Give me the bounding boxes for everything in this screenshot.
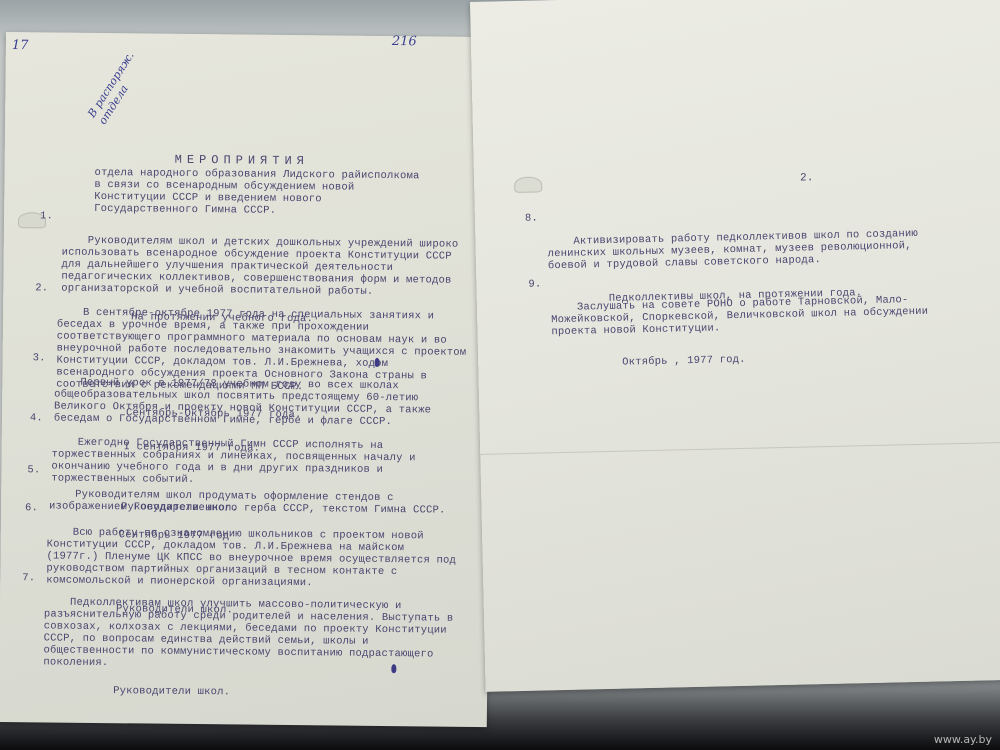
item-text: Педколлективам школ улучшить массово-пол… [43, 597, 460, 669]
page-handwritten-number: 216 [392, 34, 417, 49]
corner-handwritten-mark: 17 [12, 38, 29, 53]
paper-crease [480, 442, 1000, 455]
watermark: www.ay.by [934, 733, 992, 746]
list-item: 7. Педколлективам школ улучшить массово-… [43, 572, 465, 724]
item-responsible: Руководители школ. [43, 684, 463, 700]
document-page-left: 17 216 В распоряж. отдела МЕРОПРИЯТИЯ от… [0, 32, 494, 727]
ink-blot [375, 358, 380, 367]
embossed-stamp [514, 176, 542, 193]
document-page-right: 2. 8. Активизировать работу педколлектив… [470, 0, 1000, 692]
handwritten-resolution: В распоряж. отдела [85, 12, 172, 127]
item-text: Заслушать на совете РОНО о работе Тарнов… [551, 294, 935, 338]
item-text: Активизировать работу педколлективов шко… [548, 228, 925, 273]
page-number: 2. [800, 172, 814, 184]
document-title: МЕРОПРИЯТИЯ [175, 154, 309, 167]
item-responsible: Октябрь , 1977 год. [552, 350, 932, 371]
ink-mark [391, 664, 396, 673]
list-item: 9. Заслушать на совете РОНО о работе Тар… [550, 270, 933, 395]
